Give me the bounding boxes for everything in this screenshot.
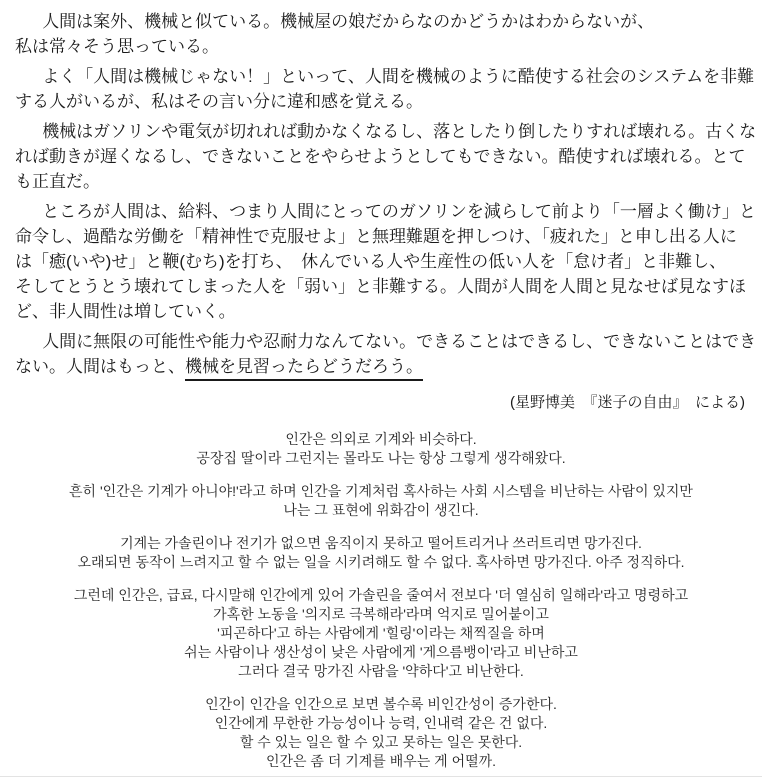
korean-translation: 인간은 의외로 기계와 비슷하다. 공장집 딸이라 그런지는 몰라도 나는 항상… <box>0 430 762 771</box>
source-citation: (星野博美 『迷子の自由』 による) <box>0 379 762 413</box>
kr-paragraph-4: 그런데 인간은, 급료, 다시말해 인간에게 있어 가솔린을 줄여서 전보다 '… <box>0 586 762 681</box>
japanese-essay: 人間は案外、機械と似ている。機械屋の娘だからなのかどうかはわからないが、 私は常… <box>0 0 762 379</box>
jp-paragraph-2: よく「人間は機械じゃない！」といって、人間を機械のように酷使する社会のシステムを… <box>15 64 747 114</box>
kr-paragraph-5: 인간이 인간을 인간으로 보면 볼수록 비인간성이 증가한다. 인간에게 무한한… <box>0 695 762 771</box>
jp-paragraph-5: 人間に無限の可能性や能力や忍耐力なんてない。できることはできるし、できないことは… <box>15 329 747 379</box>
jp-paragraph-4: ところが人間は、給料、つまり人間にとってのガソリンを減らして前より「一層よく働け… <box>15 199 747 324</box>
kr-paragraph-3: 기계는 가솔린이나 전기가 없으면 움직이지 못하고 떨어트리거나 쓰러트리면 … <box>0 534 762 572</box>
kr-paragraph-1: 인간은 의외로 기계와 비슷하다. 공장집 딸이라 그런지는 몰라도 나는 항상… <box>0 430 762 468</box>
jp-final-line-1: 人間に無限の可能性や能力や忍耐力なんてない。できることはできるし、できないことは… <box>42 332 756 351</box>
jp-paragraph-3: 機械はガソリンや電気が切れれば動かなくなるし、落としたり倒したりすれば壊れる。古… <box>15 119 747 194</box>
bottom-divider <box>0 776 762 777</box>
kr-paragraph-2: 흔히 '인간은 기계가 아니야!'라고 하며 인간을 기계처럼 혹사하는 사회 … <box>0 482 762 520</box>
jp-final-sentence-prefix: ない。人間はもっと、 <box>15 357 185 376</box>
jp-underlined-phrase: 機械を見習ったらどうだろう。 <box>185 357 423 381</box>
jp-paragraph-1: 人間は案外、機械と似ている。機械屋の娘だからなのかどうかはわからないが、 私は常… <box>15 9 747 59</box>
document-page: 人間は案外、機械と似ている。機械屋の娘だからなのかどうかはわからないが、 私は常… <box>0 0 762 782</box>
